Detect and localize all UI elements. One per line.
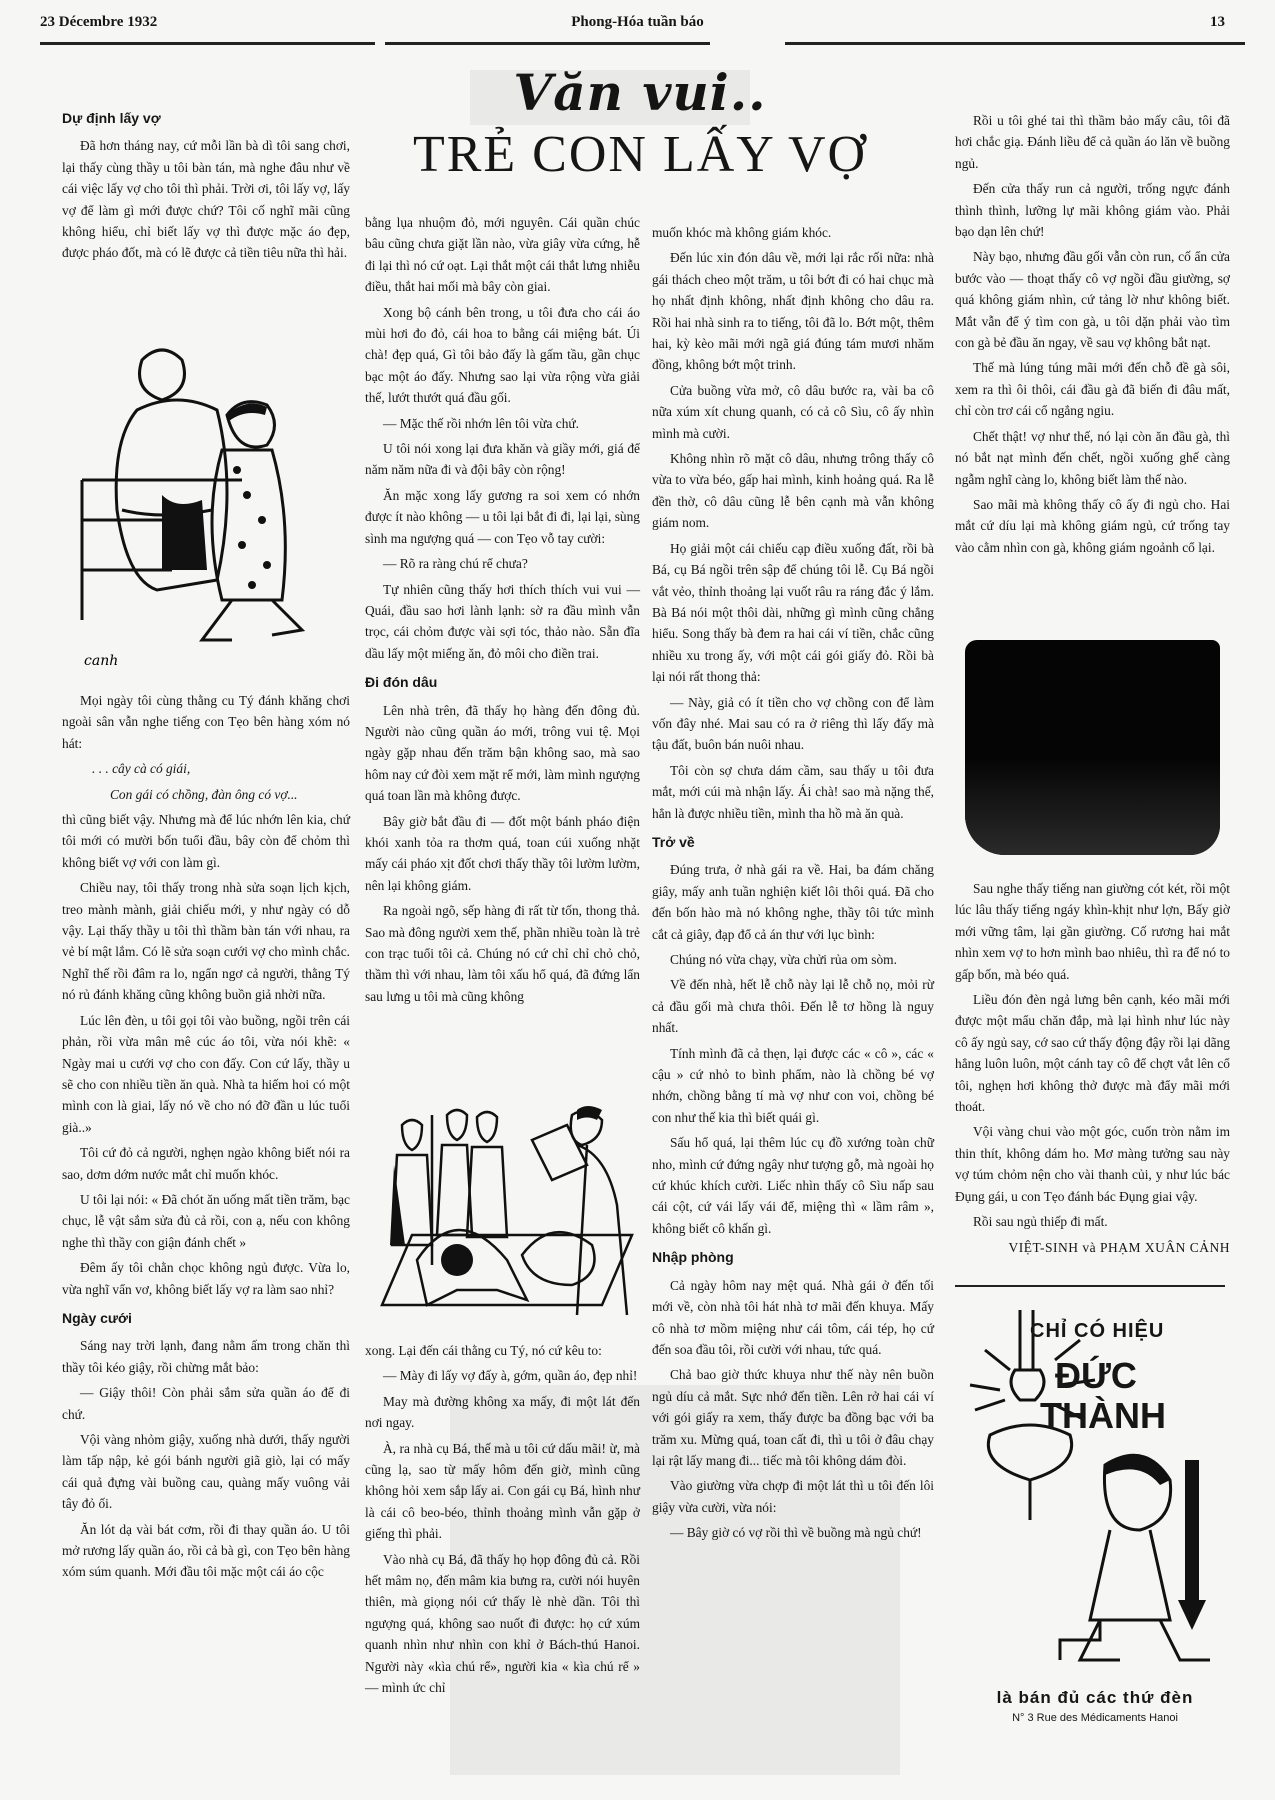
verse-line: Con gái có chồng, đàn ông có vợ... <box>62 784 350 805</box>
paragraph: Lúc lên đèn, u tôi gọi tôi vào buồng, ng… <box>62 1010 350 1138</box>
paragraph: U tôi lại nói: « Đã chót ăn uống mất tiề… <box>62 1189 350 1253</box>
column-4: Rồi u tôi ghé tai thì thầm bảo mấy câu, … <box>955 110 1230 562</box>
paragraph: Về đến nhà, hết lễ chỗ này lại lễ chỗ nọ… <box>652 974 934 1038</box>
paragraph: Cửa buồng vừa mở, cô dâu bước ra, vài ba… <box>652 380 934 444</box>
paragraph: Chiều nay, tôi thấy trong nhà sửa soạn l… <box>62 877 350 1005</box>
paragraph: Vội vàng nhỏm giậy, xuống nhà dưới, thấy… <box>62 1429 350 1515</box>
ad-tagline: là bán đủ các thứ đèn <box>960 1688 1230 1708</box>
section-heading: Đi đón dâu <box>365 672 640 693</box>
blacked-out-illustration <box>965 640 1220 855</box>
verse-line: . . . cây cà có giái, <box>62 758 350 779</box>
paragraph: Sau nghe thấy tiếng nan giường cót két, … <box>955 878 1230 985</box>
paragraph: — Rõ ra ràng chú rể chưa? <box>365 553 640 574</box>
header-rule <box>785 42 1245 45</box>
paragraph: Thế mà lúng túng mãi mới đến chỗ đề gà s… <box>955 357 1230 421</box>
ad-brand-line-2: THÀNH <box>1040 1395 1166 1437</box>
paragraph: Này bạo, nhưng đầu gối vẫn còn run, cố ẩ… <box>955 246 1230 353</box>
paragraph: Chết thật! vợ như thế, nó lại còn ăn đầu… <box>955 426 1230 490</box>
column-1-cont: Mọi ngày tôi cùng thằng cu Tý đánh khăng… <box>62 690 350 1587</box>
paragraph: U tôi nói xong lại đưa khăn và giầy mới,… <box>365 438 640 481</box>
paragraph: Rồi u tôi ghé tai thì thầm bảo mấy câu, … <box>955 110 1230 174</box>
paragraph: Liều đón đèn ngả lưng bên cạnh, kéo mãi … <box>955 989 1230 1117</box>
paragraph: Bây giờ bắt đầu đi — đốt một bánh pháo đ… <box>365 811 640 897</box>
paragraph: Đêm ấy tôi chằn chọc không ngủ được. Vừa… <box>62 1257 350 1300</box>
paragraph: Tôi cứ đỏ cả người, nghẹn ngào không biế… <box>62 1142 350 1185</box>
paragraph: Tôi còn sợ chưa dám cầm, sau thấy u tôi … <box>652 760 934 824</box>
paragraph: bằng lụa nhuộm đỏ, mới nguyên. Cái quần … <box>365 212 640 298</box>
paragraph: Đúng trưa, ở nhà gái ra về. Hai, ba đám … <box>652 859 934 945</box>
paragraph: muốn khóc mà không giám khóc. <box>652 222 934 243</box>
paragraph: Họ giải một cái chiếu cạp điều xuống đất… <box>652 538 934 688</box>
section-heading: Dự định lấy vợ <box>62 108 350 129</box>
section-heading: Trở về <box>652 832 934 853</box>
paragraph: thì cũng biết vậy. Nhưng mà để lúc nhớn … <box>62 809 350 873</box>
paragraph: Xong bộ cánh bên trong, u tôi đưa cho cá… <box>365 302 640 409</box>
column-1: Dự định lấy vợ Đã hơn tháng nay, cứ mỗi … <box>62 100 350 268</box>
ad-brand-line-1: ĐỨC <box>1055 1355 1137 1397</box>
column-4-cont: Sau nghe thấy tiếng nan giường cót két, … <box>955 878 1230 1258</box>
print-texture <box>470 70 750 125</box>
paragraph: Chúng nó vừa chạy, vừa chửi rủa om sòm. <box>652 949 934 970</box>
section-heading: Nhập phòng <box>652 1247 934 1268</box>
paragraph: — Này, giả có ít tiền cho vợ chồng con đ… <box>652 692 934 756</box>
ad-address: N° 3 Rue des Médicaments Hanoi <box>960 1712 1230 1724</box>
paragraph: Ăn mặc xong lấy gương ra soi xem có nhớn… <box>365 485 640 549</box>
paragraph: — Giậy thôi! Còn phải sắm sửa quần áo để… <box>62 1382 350 1425</box>
paragraph: Cả ngày hôm nay mệt quá. Nhà gái ở đến t… <box>652 1275 934 1361</box>
paragraph: Ăn lót dạ vài bát cơm, rồi đi thay quần … <box>62 1519 350 1583</box>
illustration-woman-and-boy: canh <box>62 320 352 690</box>
paragraph: Sao mãi mà không thấy cô ấy đi ngủ cho. … <box>955 494 1230 558</box>
wedding-scene-drawing-icon <box>372 1105 647 1320</box>
paragraph: Ra ngoài ngõ, sếp hàng đi rất từ tốn, th… <box>365 900 640 1007</box>
paragraph: Vội vàng chui vào một góc, cuốn tròn nằm… <box>955 1121 1230 1207</box>
page-number: 13 <box>1210 14 1225 31</box>
paragraph: — Mày đi lấy vợ đấy à, gớm, quần áo, đẹp… <box>365 1365 640 1386</box>
ad-divider <box>955 1285 1225 1287</box>
paragraph: Sấu hổ quá, lại thêm lúc cụ đồ xướng toà… <box>652 1132 934 1239</box>
paragraph: Không nhìn rõ mặt cô dâu, nhưng trông th… <box>652 448 934 534</box>
paragraph: Sáng nay trời lạnh, đang nằm ấm trong ch… <box>62 1335 350 1378</box>
paragraph: Đã hơn tháng nay, cứ mỗi lần bà dì tôi s… <box>62 135 350 263</box>
ad-headline: CHỈ CÓ HIỆU <box>1030 1320 1164 1343</box>
paragraph: Đến cửa thấy run cả người, trống ngực đá… <box>955 178 1230 242</box>
publication-name: Phong-Hóa tuần báo <box>0 14 1275 31</box>
byline: VIỆT-SINH và PHẠM XUÂN CẢNH <box>955 1237 1230 1258</box>
paragraph: — Mặc thế rồi nhớn lên tôi vừa chứ. <box>365 413 640 434</box>
header-rule <box>385 42 710 45</box>
section-heading: Ngày cưới <box>62 1308 350 1329</box>
paragraph: Lên nhà trên, đã thấy họ hàng đến đông đ… <box>365 700 640 807</box>
column-2: bằng lụa nhuộm đỏ, mới nguyên. Cái quần … <box>365 212 640 1011</box>
paragraph: Tính mình đã cả thẹn, lại được các « cô … <box>652 1043 934 1129</box>
paragraph: Mọi ngày tôi cùng thằng cu Tý đánh khăng… <box>62 690 350 754</box>
header-rule <box>40 42 375 45</box>
column-3: muốn khóc mà không giám khóc. Đến lúc xi… <box>652 222 934 1548</box>
woman-boy-drawing-icon: canh <box>62 320 352 690</box>
article-title: TRẺ CON LẤY VỢ <box>360 124 920 186</box>
svg-text:canh: canh <box>84 653 118 669</box>
paragraph: Tự nhiên cũng thấy hơi thích thích vui v… <box>365 579 640 665</box>
advertisement-duc-thanh: CHỈ CÓ HIỆU ĐỨC THÀNH là bán đủ các thứ … <box>960 1300 1230 1780</box>
paragraph: xong. Lại đến cái thằng cu Tý, nó cứ kêu… <box>365 1340 640 1361</box>
illustration-wedding-scene <box>372 1105 647 1320</box>
paragraph: Đến lúc xin đón dâu về, mới lại rắc rối … <box>652 247 934 375</box>
paragraph: Rồi sau ngủ thiếp đi mất. <box>955 1211 1230 1232</box>
print-texture <box>450 1385 900 1775</box>
